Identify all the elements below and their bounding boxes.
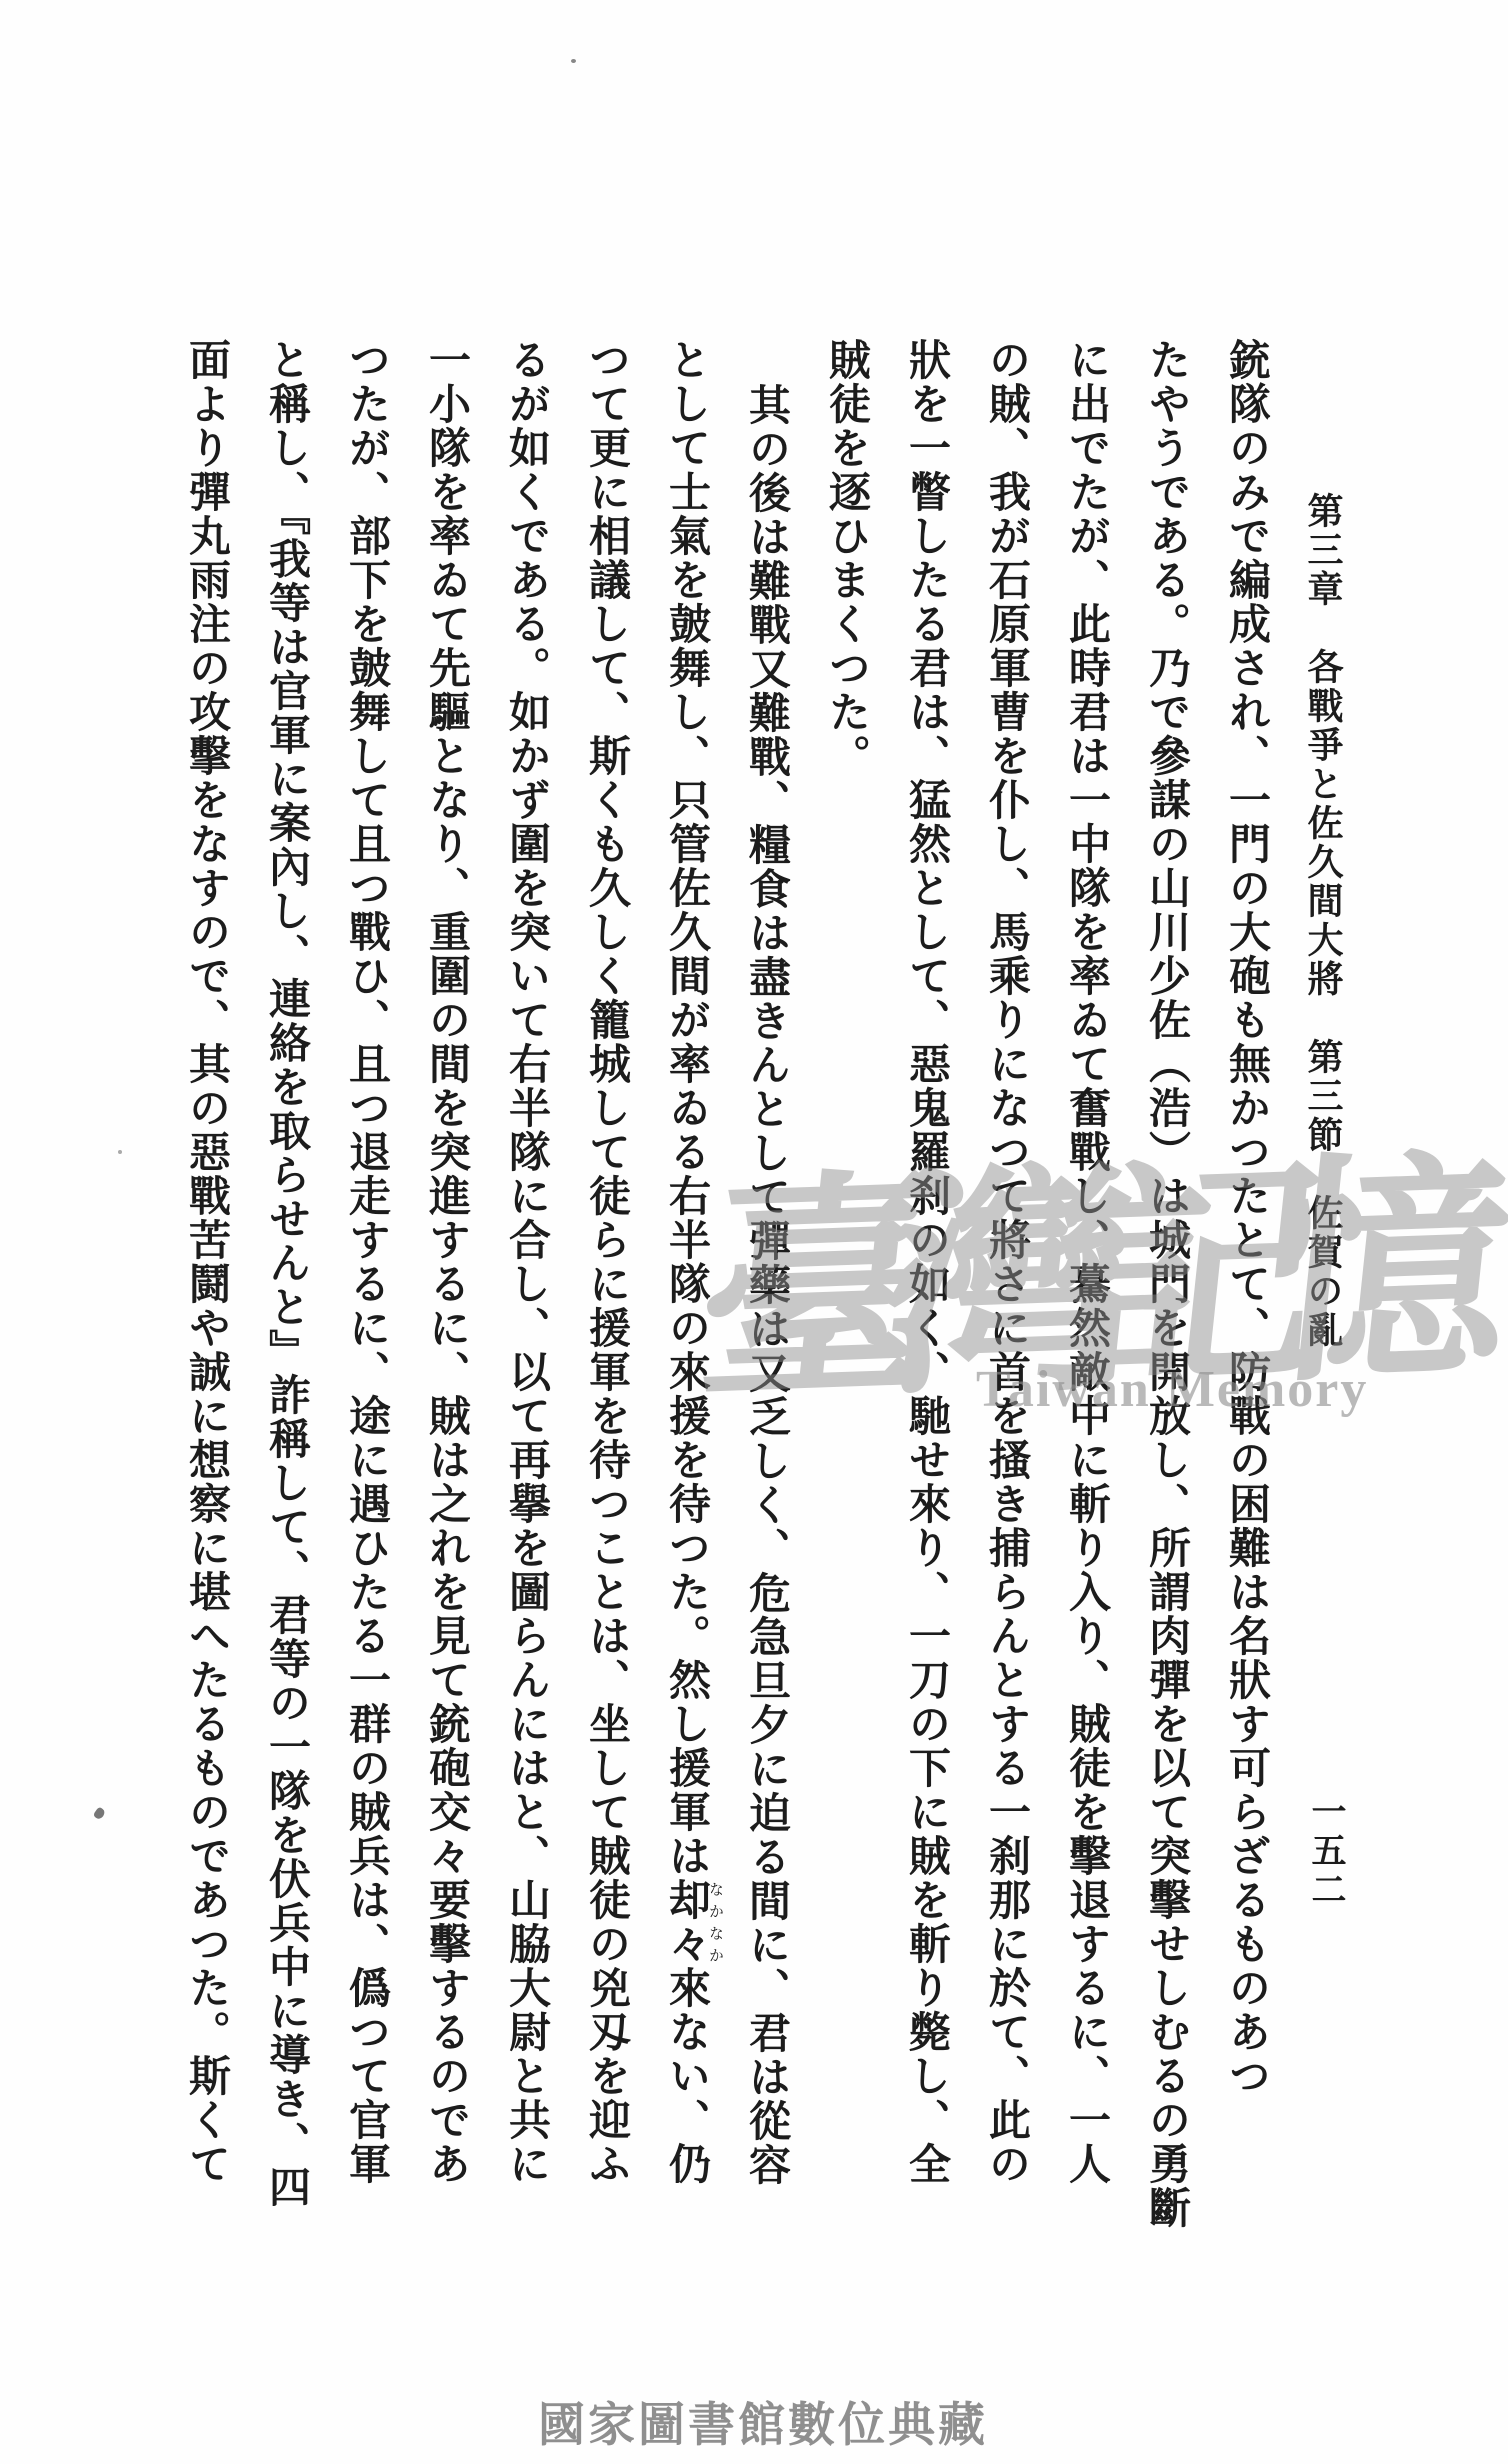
text-column: に出でたが、此時君は一中隊を率ゐて奮戰し、驀然敵中に斬り入り、賊徒を擊退するに、… (1046, 338, 1126, 2283)
text-column: 狀を一瞥したる君は、猛然として、惡鬼羅刹の如く、馳せ來り、一刀の下に賊を斬り斃し… (886, 338, 966, 2283)
scan-speck (93, 1806, 107, 1820)
text-column: 銃隊のみで編成され、一門の大砲も無かつたとて、防戰の困難は名狀す可らざるものあつ (1206, 338, 1286, 2283)
text-run: として士氣を皷舞し、只管佐久間が率ゐる右半隊の來援を待つた。然し援軍は (663, 338, 709, 1878)
text-column: たやうである。乃で參謀の山川少佐（浩）は城門を開放し、所謂肉彈を以て突擊せしむる… (1126, 338, 1206, 2283)
text-column: つたが、部下を皷舞して且つ戰ひ、且つ退走するに、途に遇ひたる一群の賊兵は、僞つて… (326, 338, 406, 2283)
scan-speck (118, 1150, 122, 1154)
page-number: 一五二 (1301, 1793, 1351, 1910)
scan-speck (571, 59, 576, 63)
text-column: るが如くである。如かず圍を突いて右半隊に合し、以て再擧を圖らんにはと、山脇大尉と… (486, 338, 566, 2283)
running-head: 第三章 各戰爭と佐久間大將 第三節 佐賀の亂 (1298, 492, 1349, 1752)
archive-caption: 國家圖書館數位典藏 (538, 2388, 988, 2455)
ruby-text: なかなか (707, 1878, 723, 1966)
text-column: 賊徒を逐ひまくつた。 (806, 338, 886, 2283)
ruby-base: 却々 (663, 1878, 709, 1966)
text-column-paragraph-start: 其の後は難戰又難戰、糧食は盡きんとして彈藥は又乏しく、危急旦夕に迫る間に、君は從… (726, 338, 806, 2283)
text-column: 一小隊を率ゐて先驅となり、重圍の間を突進するに、賊は之れを見て銃砲交々要擊するの… (406, 338, 486, 2283)
scanned-book-page: 第三章 各戰爭と佐久間大將 第三節 佐賀の亂 一五二 銃隊のみで編成され、一門の… (0, 0, 1508, 2464)
text-column: と稱し、『我等は官軍に案內し、連絡を取らせんと』詐稱して、君等の一隊を伏兵中に導… (246, 338, 326, 2283)
body-text-block: 銃隊のみで編成され、一門の大砲も無かつたとて、防戰の困難は名狀す可らざるものあつ… (166, 338, 1286, 2283)
text-run: 來ない、仍 (663, 1966, 709, 2186)
text-column: 面より彈丸雨注の攻擊をなすので、其の惡戰苦鬪や誠に想察に堪へたるものであつた。斯… (166, 338, 246, 2283)
text-column: つて更に相議して、斯くも久しく籠城して徒らに援軍を待つことは、坐して賊徒の兇刄を… (566, 338, 646, 2283)
text-column: の賊、我が石原軍曹を仆し、馬乘りになつて將さに首を搔き捕らんとする一刹那に於て、… (966, 338, 1046, 2283)
text-column-with-ruby: として士氣を皷舞し、只管佐久間が率ゐる右半隊の來援を待つた。然し援軍は却々なかな… (646, 338, 726, 2283)
ruby-annotation: 却々なかなか (663, 1878, 709, 1966)
